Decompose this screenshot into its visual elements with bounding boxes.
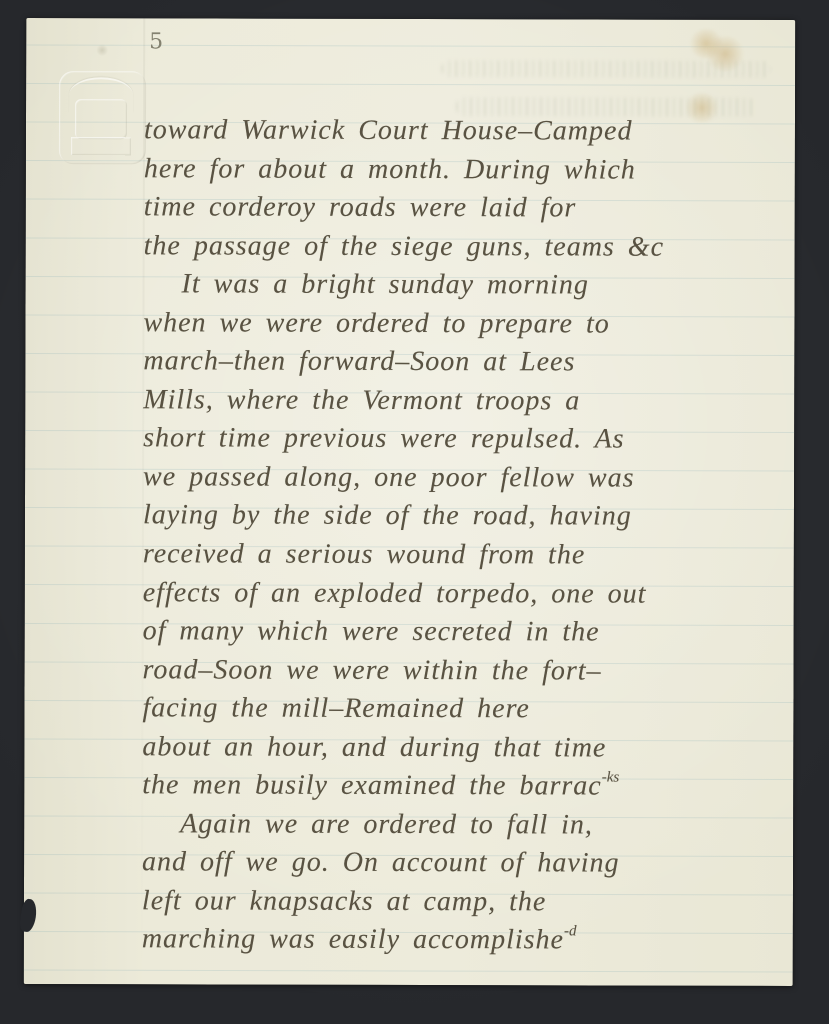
manuscript-page: 5 toward Warwick Court House–Camped here… — [24, 18, 796, 986]
manuscript-line: short time previous were repulsed. As — [143, 420, 788, 460]
embossed-seal-icon — [59, 71, 146, 164]
page-number: 5 — [149, 29, 163, 54]
manuscript-line: received a serious wound from the — [143, 535, 788, 575]
foxing-stain — [704, 36, 746, 72]
handwritten-text: toward Warwick Court House–Camped here f… — [142, 111, 789, 961]
manuscript-line: march–then forward–Soon at Lees — [143, 343, 788, 383]
manuscript-line: left our knapsacks at camp, the — [142, 882, 787, 922]
manuscript-line: we passed along, one poor fellow was — [143, 458, 788, 498]
seal-base — [71, 137, 131, 155]
manuscript-line: Mills, where the Vermont troops a — [143, 381, 788, 421]
manuscript-line: about an hour, and during that time — [142, 728, 787, 768]
manuscript-line: road–Soon we were within the fort– — [143, 651, 788, 691]
paper-blemish — [96, 44, 108, 56]
manuscript-line: It was a bright sunday morning — [144, 265, 789, 305]
manuscript-line: facing the mill–Remained here — [142, 690, 787, 730]
seal-emblem — [75, 99, 127, 139]
manuscript-line: toward Warwick Court House–Camped — [144, 111, 789, 151]
manuscript-line: here for about a month. During which — [144, 150, 789, 190]
manuscript-line: laying by the side of the road, having — [143, 497, 788, 537]
manuscript-line: marching was easily accomplishe-d — [142, 921, 787, 961]
manuscript-line: Again we are ordered to fall in, — [142, 805, 787, 845]
manuscript-line: the men busily examined the barrac-ks — [142, 767, 787, 807]
manuscript-line: time corderoy roads were laid for — [144, 188, 789, 228]
manuscript-line: and off we go. On account of having — [142, 844, 787, 884]
manuscript-line: of many which were secreted in the — [143, 612, 788, 652]
manuscript-line: effects of an exploded torpedo, one out — [143, 574, 788, 614]
manuscript-line: the passage of the siege guns, teams &c — [144, 227, 789, 267]
manuscript-line: when we were ordered to prepare to — [143, 304, 788, 344]
